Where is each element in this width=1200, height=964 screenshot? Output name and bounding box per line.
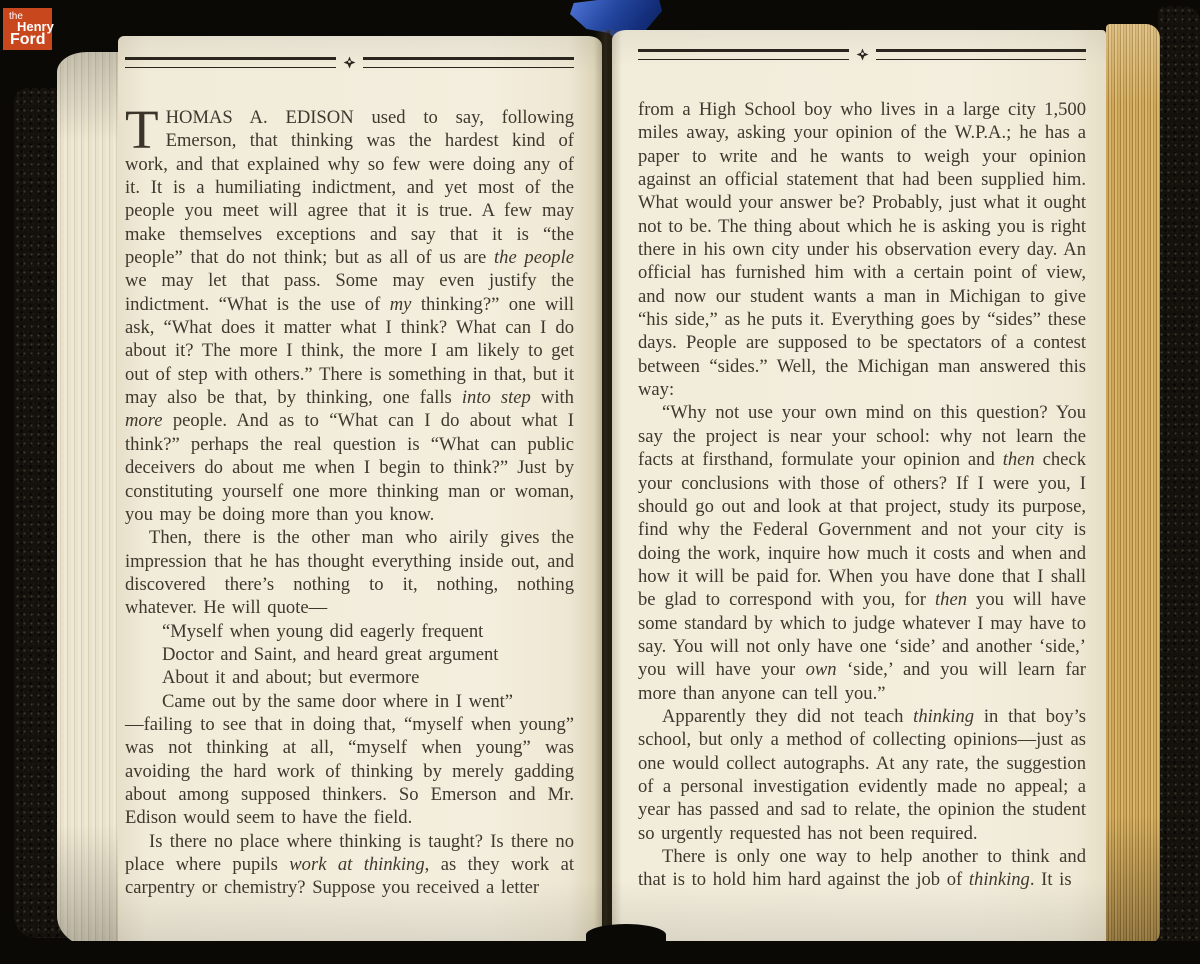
verse-quote: “Myself when young did eagerly frequentD… xyxy=(162,620,574,713)
rule-segment xyxy=(125,57,336,68)
left-page-edges xyxy=(57,52,123,950)
rule-segment xyxy=(876,49,1087,60)
paragraph: from a High School boy who lives in a la… xyxy=(638,98,1086,401)
henry-ford-watermark: the Henry Ford xyxy=(3,8,52,50)
dropcap-initial: T xyxy=(125,106,166,151)
paragraph: —failing to see that in doing that, “mys… xyxy=(125,713,574,830)
bottom-shadow xyxy=(0,941,1200,964)
left-page: THOMAS A. EDISON used to say, following … xyxy=(118,36,602,944)
paragraph: “Why not use your own mind on this quest… xyxy=(638,401,1086,704)
fleuron-icon xyxy=(856,48,869,61)
gilt-fore-edge xyxy=(1106,24,1160,944)
paragraph: THOMAS A. EDISON used to say, following … xyxy=(125,106,574,526)
header-rule xyxy=(125,56,574,69)
paragraph: There is only one way to help another to… xyxy=(638,845,1086,892)
paragraph: Is there no place where thinking is taug… xyxy=(125,830,574,900)
rule-segment xyxy=(638,49,849,60)
right-page: from a High School boy who lives in a la… xyxy=(612,30,1106,944)
paragraph: Then, there is the other man who airily … xyxy=(125,526,574,619)
right-page-text: from a High School boy who lives in a la… xyxy=(638,98,1086,892)
rule-segment xyxy=(363,57,574,68)
paragraph: Apparently they did not teach thinking i… xyxy=(638,705,1086,845)
fleuron-icon xyxy=(343,56,356,69)
watermark-ford: Ford xyxy=(10,31,46,49)
right-cover-edge xyxy=(1158,6,1200,956)
header-rule xyxy=(638,48,1086,61)
left-page-text: THOMAS A. EDISON used to say, following … xyxy=(125,106,574,900)
